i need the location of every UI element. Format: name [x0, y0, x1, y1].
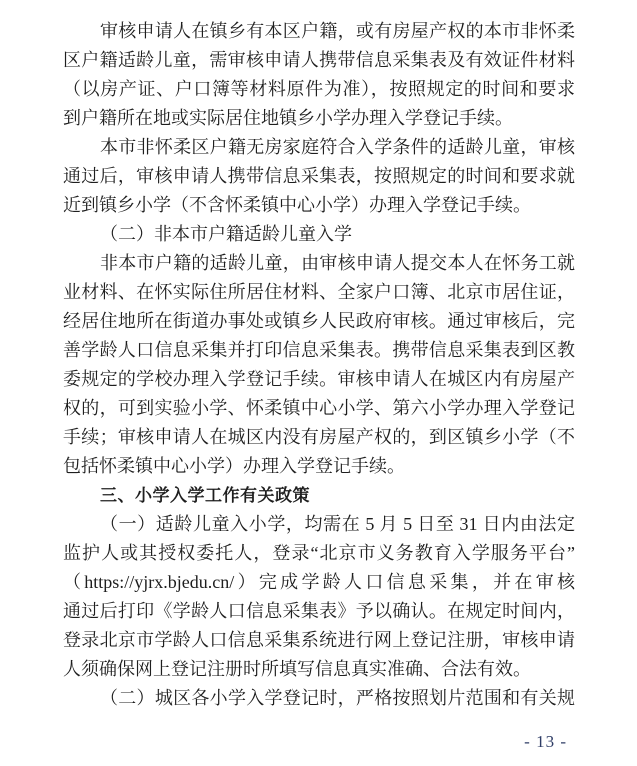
text-line: （一）适龄儿童入小学，均需在 5 月 5 日至 31 日内由法定: [63, 510, 575, 539]
document-body: 审核申请人在镇乡有本区户籍，或有房屋产权的本市非怀柔区户籍适龄儿童，需审核申请人…: [63, 17, 575, 713]
text-line: 到户籍所在地或实际居住地镇乡小学办理入学登记手续。: [63, 104, 575, 133]
text-line: 审核申请人在镇乡有本区户籍，或有房屋产权的本市非怀柔: [63, 17, 575, 46]
text-line: 人须确保网上登记注册时所填写信息真实准确、合法有效。: [63, 655, 575, 684]
paragraph: （一）适龄儿童入小学，均需在 5 月 5 日至 31 日内由法定监护人或其授权委…: [63, 510, 575, 684]
text-line: 监护人或其授权委托人，登录“北京市义务教育入学服务平台”: [63, 539, 575, 568]
document-page: 审核申请人在镇乡有本区户籍，或有房屋产权的本市非怀柔区户籍适龄儿童，需审核申请人…: [0, 0, 637, 766]
text-line: 通过后，审核申请人携带信息采集表，按照规定的时间和要求就: [63, 162, 575, 191]
text-line: 通过后打印《学龄人口信息采集表》予以确认。在规定时间内，: [63, 597, 575, 626]
paragraph: 非本市户籍的适龄儿童，由审核申请人提交本人在怀务工就业材料、在怀实际住所居住材料…: [63, 249, 575, 481]
text-line: 委规定的学校办理入学登记手续。审核申请人在城区内有房屋产: [63, 365, 575, 394]
text-line: 登录北京市学龄人口信息采集系统进行网上登记注册，审核申请: [63, 626, 575, 655]
text-line: （二）非本市户籍适龄儿童入学: [63, 220, 575, 249]
text-line: （二）城区各小学入学登记时，严格按照划片范围和有关规: [63, 684, 575, 713]
paragraph: （二）城区各小学入学登记时，严格按照划片范围和有关规: [63, 684, 575, 713]
sub-heading: （二）非本市户籍适龄儿童入学: [63, 220, 575, 249]
text-line: （https://yjrx.bjedu.cn/）完成学龄人口信息采集，并在审核: [63, 568, 575, 597]
text-line: 权的，可到实验小学、怀柔镇中心小学、第六小学办理入学登记: [63, 394, 575, 423]
text-line: 非本市户籍的适龄儿童，由审核申请人提交本人在怀务工就: [63, 249, 575, 278]
page-number: - 13 -: [524, 731, 567, 753]
text-line: 业材料、在怀实际住所居住材料、全家户口簿、北京市居住证，: [63, 278, 575, 307]
text-line: 三、小学入学工作有关政策: [63, 481, 575, 510]
text-line: 经居住地所在街道办事处或镇乡人民政府审核。通过审核后，完: [63, 307, 575, 336]
text-line: 区户籍适龄儿童，需审核申请人携带信息采集表及有效证件材料: [63, 46, 575, 75]
text-line: （以房产证、户口簿等材料原件为准），按照规定的时间和要求: [63, 75, 575, 104]
text-line: 善学龄人口信息采集并打印信息采集表。携带信息采集表到区教: [63, 336, 575, 365]
section-heading: 三、小学入学工作有关政策: [63, 481, 575, 510]
text-line: 手续；审核申请人在城区内没有房屋产权的，到区镇乡小学（不: [63, 423, 575, 452]
text-line: 包括怀柔镇中心小学）办理入学登记手续。: [63, 452, 575, 481]
text-line: 近到镇乡小学（不含怀柔镇中心小学）办理入学登记手续。: [63, 191, 575, 220]
paragraph: 本市非怀柔区户籍无房家庭符合入学条件的适龄儿童，审核通过后，审核申请人携带信息采…: [63, 133, 575, 220]
paragraph: 审核申请人在镇乡有本区户籍，或有房屋产权的本市非怀柔区户籍适龄儿童，需审核申请人…: [63, 17, 575, 133]
text-line: 本市非怀柔区户籍无房家庭符合入学条件的适龄儿童，审核: [63, 133, 575, 162]
